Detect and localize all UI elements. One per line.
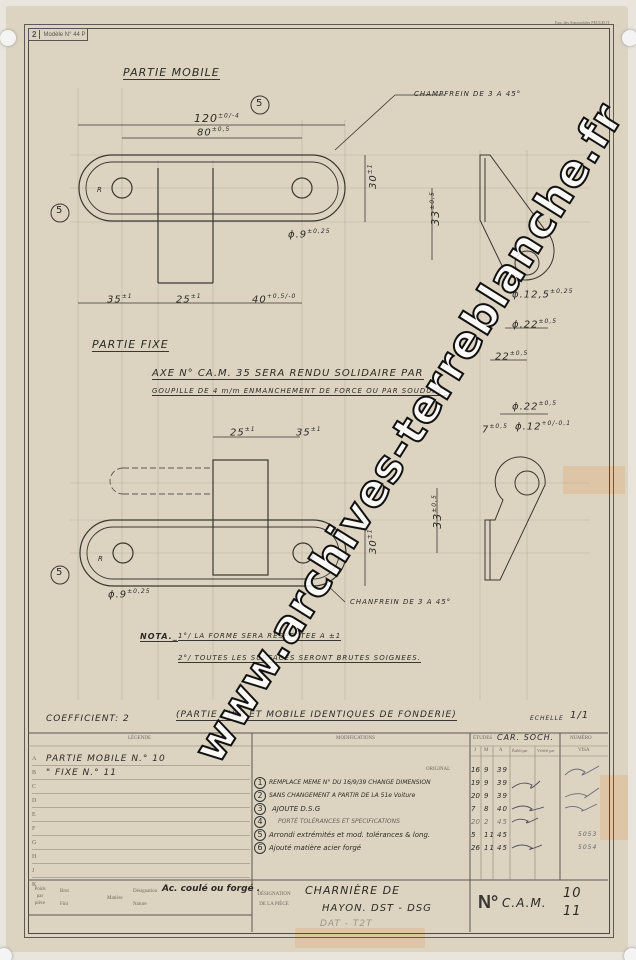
matiere-label: Matière <box>107 896 123 901</box>
fini-label: Fini <box>60 902 68 907</box>
brut-label: Brut <box>60 889 69 894</box>
designation-label: Désignation <box>133 889 157 894</box>
part-number-prefix: N° <box>478 892 498 913</box>
designation-value: Ac. coulé ou forgé . <box>162 884 260 894</box>
piece-name-line3: DAT - T2T <box>320 919 373 929</box>
piece-name-line2: HAYON. DST - DSG <box>322 903 432 914</box>
designation-piece-label: DÉSIGNATION DE LA PIÈCE <box>255 890 293 910</box>
nature-label: Nature <box>133 902 147 907</box>
part-number-11: 11 <box>563 904 582 919</box>
part-number-label: C.A.M. <box>502 896 547 910</box>
piece-name-line1: CHARNIÈRE DE <box>305 884 400 897</box>
signatures <box>0 0 636 960</box>
part-number-10: 10 <box>563 886 582 901</box>
poids-label: Poids par pièce <box>33 886 47 907</box>
